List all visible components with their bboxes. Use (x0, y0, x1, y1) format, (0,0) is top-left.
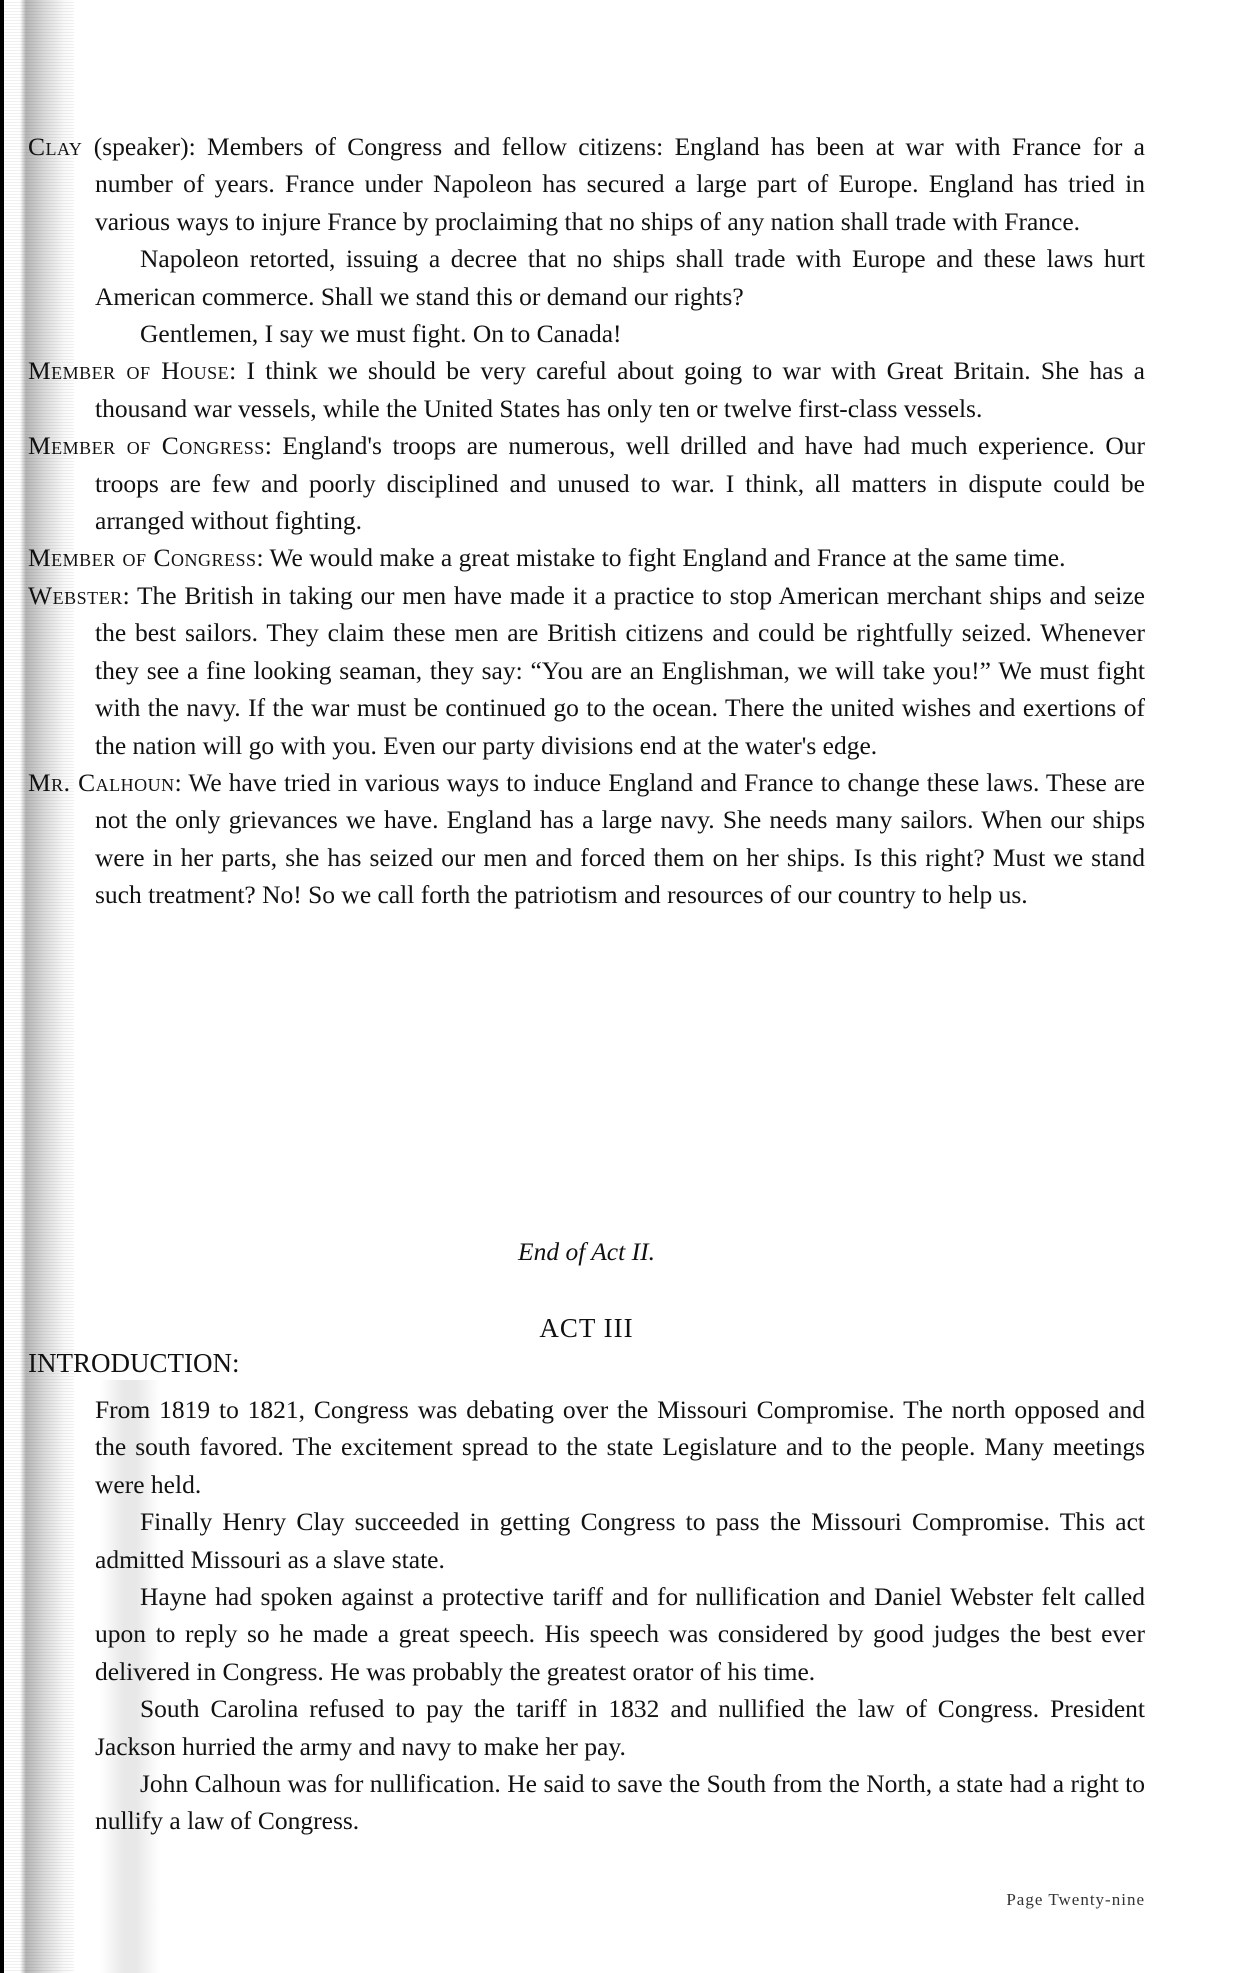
intro-paragraph: John Calhoun was for nullification. He s… (95, 1765, 1145, 1840)
speech-clay: Clay (speaker): Members of Congress and … (28, 128, 1145, 352)
speech-member-of-congress-1: Member of Congress: England's troops are… (28, 427, 1145, 539)
speaker-name: Member of Congress (28, 431, 265, 460)
speech-text: We have tried in various ways to induce … (95, 768, 1145, 909)
speaker-name: Webster (28, 581, 123, 610)
intro-paragraph: From 1819 to 1821, Congress was debating… (95, 1391, 1145, 1503)
speaker-note: (speaker) (82, 132, 188, 161)
speech-paragraph: Napoleon retorted, issuing a decree that… (95, 240, 1145, 315)
speech-member-of-house: Member of House: I think we should be ve… (28, 352, 1145, 427)
speech-text: We would make a great mistake to fight E… (269, 543, 1065, 572)
page-number: Page Twenty-nine (1006, 1890, 1145, 1910)
act-title: ACT III (28, 1313, 1145, 1344)
intro-paragraph: South Carolina refused to pay the tariff… (95, 1690, 1145, 1765)
introduction-section: From 1819 to 1821, Congress was debating… (28, 1391, 1145, 1840)
end-of-act-marker: End of Act II. (28, 1237, 1145, 1267)
intro-paragraph: Finally Henry Clay succeeded in getting … (95, 1503, 1145, 1578)
speech-text: Members of Congress and fellow citizens:… (95, 132, 1145, 236)
speech-calhoun: Mr. Calhoun: We have tried in various wa… (28, 764, 1145, 914)
speech-text: I think we should be very careful about … (95, 356, 1145, 422)
speaker-name: Member of Congress (28, 543, 256, 572)
speech-paragraph: Gentlemen, I say we must fight. On to Ca… (95, 315, 1145, 352)
speech-webster: Webster: The British in taking our men h… (28, 577, 1145, 764)
speaker-name: Clay (28, 132, 82, 161)
speech-member-of-congress-2: Member of Congress: We would make a grea… (28, 539, 1145, 576)
dialogue-section: Clay (speaker): Members of Congress and … (28, 128, 1145, 914)
speaker-name: Member of House (28, 356, 229, 385)
introduction-heading: INTRODUCTION: (28, 1348, 239, 1379)
speaker-name: Mr. Calhoun (28, 768, 175, 797)
speech-text: The British in taking our men have made … (95, 581, 1145, 760)
intro-paragraph: Hayne had spoken against a protective ta… (95, 1578, 1145, 1690)
